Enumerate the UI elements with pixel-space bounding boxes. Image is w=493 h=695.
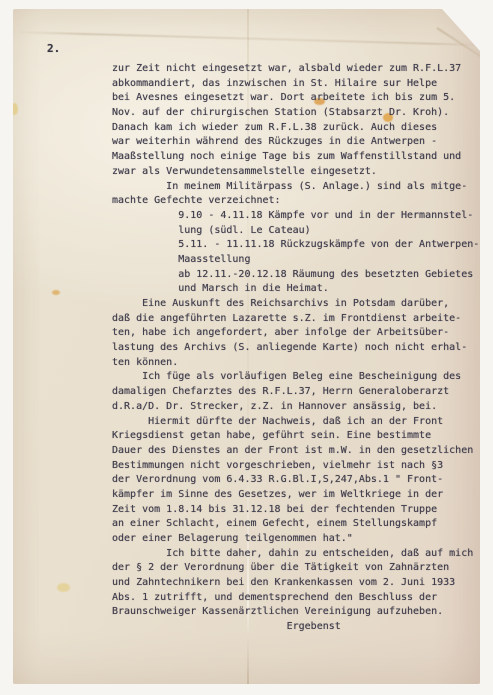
paper-crease-corner [436, 27, 489, 62]
text-line: an einer Schlacht, einem Gefecht, einem … [112, 517, 480, 532]
text-line: zur Zeit nicht eingesetzt war, alsbald w… [112, 62, 480, 77]
document-page: 2. zur Zeit nicht eingesetzt war, alsbal… [13, 9, 480, 684]
text-line: ten, habe ich angefordert, aber infolge … [112, 326, 480, 341]
text-line: der § 2 der Verordnung über die Tätigkei… [112, 561, 480, 576]
text-line: daß die angeführten Lazarette s.Z. im Fr… [112, 312, 480, 327]
text-line: d.R.a/D. Dr. Strecker, z.Z. in Hannover … [112, 400, 480, 415]
text-line: Ergebenst [112, 620, 480, 635]
text-line: In meinem Militärpass (S. Anlage.) sind … [112, 180, 480, 195]
text-line: Dauer des Dienstes an der Front ist m.W.… [112, 444, 480, 459]
paper-stain [57, 583, 70, 592]
text-line: ab 12.11.-20.12.18 Räumung des besetzten… [112, 268, 480, 283]
text-line: 9.10 - 4.11.18 Kämpfe vor und in der Her… [112, 209, 480, 224]
page-number: 2. [47, 42, 60, 55]
paper-crease-horizontal [13, 31, 480, 46]
text-line: lastung des Archivs (S. anliegende Karte… [112, 341, 480, 356]
text-line: und Zahntechnikern bei den Krankenkassen… [112, 576, 480, 591]
text-line: ten können. [112, 356, 480, 371]
text-line: Ich füge als vorläufigen Beleg eine Besc… [112, 370, 480, 385]
text-line: oder einer Belagerung teilgenommen hat." [112, 532, 480, 547]
text-line: machte Gefechte verzeichnet: [112, 194, 480, 209]
text-line: war weiterhin während des Rückzuges in d… [112, 135, 480, 150]
document-body: zur Zeit nicht eingesetzt war, alsbald w… [112, 62, 480, 635]
paper-stain [52, 290, 60, 295]
text-line: Danach kam ich wieder zum R.F.L.38 zurüc… [112, 121, 480, 136]
text-line: Zeit vom 1.8.14 bis 31.12.18 bei der fec… [112, 503, 480, 518]
paper-stain [11, 103, 18, 115]
text-line: Braunschweiger Kassenärztlichen Vereinig… [112, 605, 480, 620]
text-line: Abs. 1 zutrifft, und dementsprechend den… [112, 591, 480, 606]
text-line: bei Avesnes eingesetzt war. Dort arbeite… [112, 91, 480, 106]
text-line: Nov. auf der chirurgischen Station (Stab… [112, 106, 480, 121]
text-line: Maasstellung [112, 253, 480, 268]
text-line: lung (südl. Le Cateau) [112, 224, 480, 239]
text-line: abkommandiert, das inzwischen in St. Hil… [112, 77, 480, 92]
text-line: der Verordnung vom 6.4.33 R.G.Bl.I,S,247… [112, 473, 480, 488]
text-line: Eine Auskunft des Reichsarchivs in Potsd… [112, 297, 480, 312]
text-line: Maaßstellung noch einige Tage bis zum Wa… [112, 150, 480, 165]
text-line: Ich bitte daher, dahin zu entscheiden, d… [112, 547, 480, 562]
text-line: Bestimmungen nicht vorgeschrieben, vielm… [112, 459, 480, 474]
text-line: Hiermit dürfte der Nachweis, daß ich an … [112, 415, 480, 430]
text-line: 5.11. - 11.11.18 Rückzugskämpfe von der … [112, 238, 480, 253]
text-line: damaligen Chefarztes des R.F.L.37, Herrn… [112, 385, 480, 400]
text-line: und Marsch in die Heimat. [112, 282, 480, 297]
text-line: Kriegsdienst getan habe, geführt sein. E… [112, 429, 480, 444]
text-line: kämpfer im Sinne des Gesetzes, wer im We… [112, 488, 480, 503]
text-line: zwar als Verwundetensammelstelle eingese… [112, 165, 480, 180]
